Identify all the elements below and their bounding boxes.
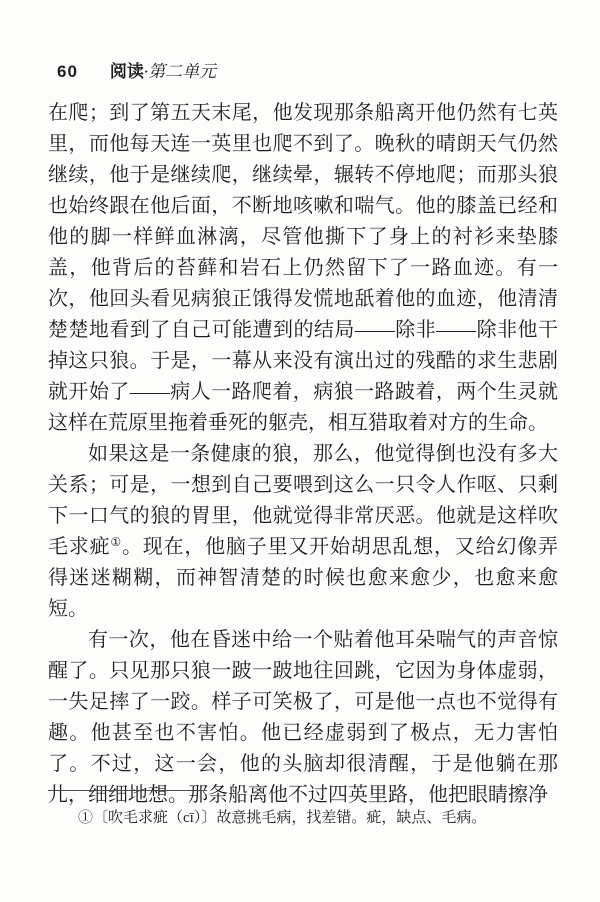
running-header: 60 阅读·第二单元 xyxy=(57,57,216,82)
paragraph-1: 在爬；到了第五天末尾，他发现那条船离开他仍然有七英里，而他每天连一英里也爬不到了… xyxy=(48,98,558,439)
section-title: 阅读·第二单元 xyxy=(110,57,216,82)
footnote-divider xyxy=(48,790,207,791)
body-text: 在爬；到了第五天末尾，他发现那条船离开他仍然有七英里，而他每天连一英里也爬不到了… xyxy=(48,98,558,811)
paragraph-2: 如果这是一条健康的狼，那么，他觉得倒也没有多大关系；可是，一想到自己要喂到这么一… xyxy=(48,439,558,625)
section-title-unit: 第二单元 xyxy=(148,62,216,81)
footnote: ①〔吹毛求疵（cī）〕故意挑毛病，找差错。疵，缺点、毛病。 xyxy=(78,806,550,830)
paragraph-3: 有一次，他在昏迷中给一个贴着他耳朵喘气的声音惊醒了。只见那只狼一跛一跛地往回跳，… xyxy=(48,625,558,811)
book-page: 60 阅读·第二单元 在爬；到了第五天末尾，他发现那条船离开他仍然有七英里，而他… xyxy=(0,0,600,902)
footnote-marker: ① xyxy=(78,810,93,826)
footnote-reference-mark: ① xyxy=(110,535,122,549)
footnote-text: 〔吹毛求疵（cī）〕故意挑毛病，找差错。疵，缺点、毛病。 xyxy=(93,810,486,826)
page-number: 60 xyxy=(57,62,78,82)
paragraph-2-text-after-ref: 。现在，他脑子里又开始胡思乱想，又给幻像弄得迷迷糊糊，而神智清楚的时候也愈来愈少… xyxy=(48,536,558,620)
section-title-reading: 阅读 xyxy=(110,62,144,81)
